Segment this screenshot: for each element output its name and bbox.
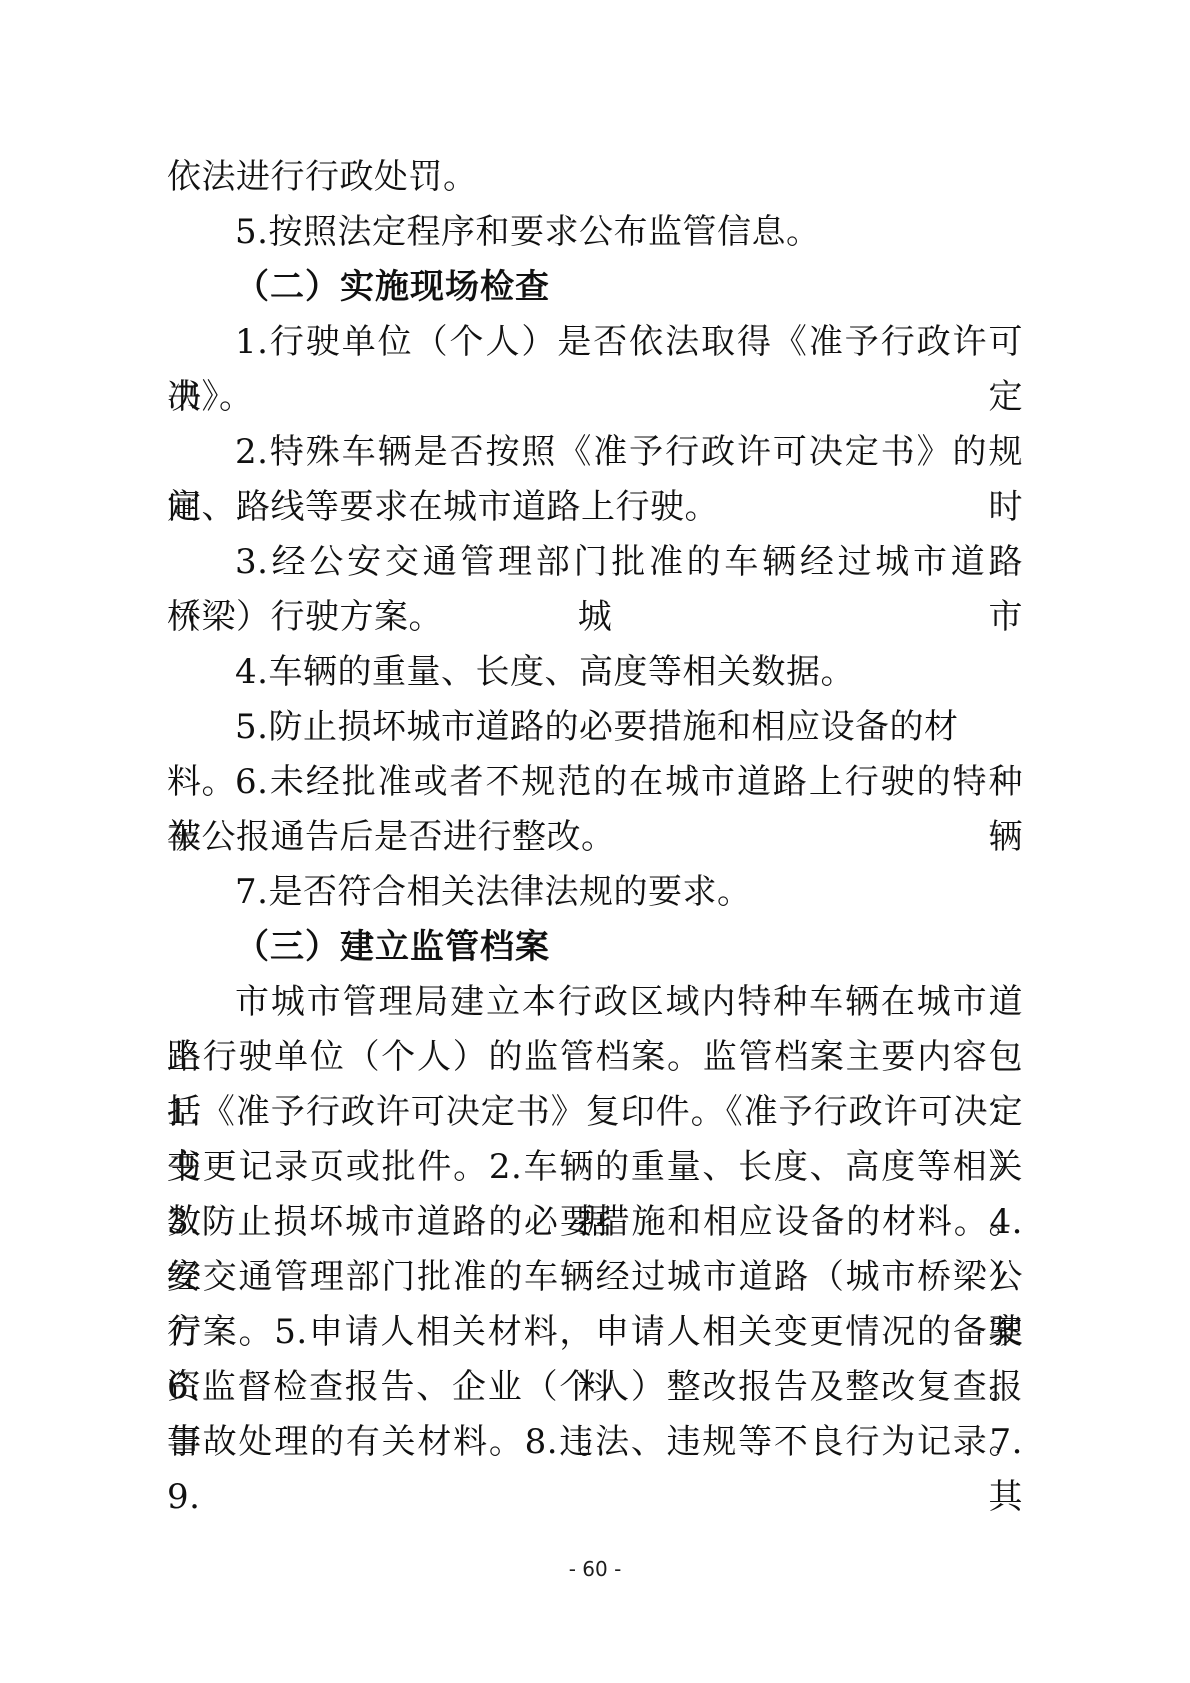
page-number: - 60 - [0,1557,1190,1581]
text-line: 上行驶单位（个人）的监管档案。监管档案主要内容包括： [167,1030,1023,1085]
document-body: 依法进行行政处罚。5.按照法定程序和要求公布监管信息。（二）实施现场检查1.行驶… [167,150,1023,1470]
text-line: 方案。5.申请人相关材料，申请人相关变更情况的备案资料。 [167,1305,1023,1360]
text-line: 事故处理的有关材料。8.违法、违规等不良行为记录。9.其 [167,1415,1023,1470]
document-page: 依法进行行政处罚。5.按照法定程序和要求公布监管信息。（二）实施现场检查1.行驶… [0,0,1190,1683]
section-heading: （三）建立监管档案 [167,920,1023,975]
text-line: 5.防止损坏城市道路的必要措施和相应设备的材料。 [167,700,1023,755]
section-heading: （二）实施现场检查 [167,260,1023,315]
text-line: 3.经公安交通管理部门批准的车辆经过城市道路（城市 [167,535,1023,590]
text-line: 3.防止损坏城市道路的必要措施和相应设备的材料。4.经公 [167,1195,1023,1250]
text-line: 6.监督检查报告、企业（个人）整改报告及整改复查报告。7. [167,1360,1023,1415]
text-line: 变更记录页或批件。2.车辆的重量、长度、高度等相关数据。 [167,1140,1023,1195]
text-line: 1.行驶单位（个人）是否依法取得《准予行政许可决定 [167,315,1023,370]
text-line: 6.未经批准或者不规范的在城市道路上行驶的特种车辆 [167,755,1023,810]
text-line: 2.特殊车辆是否按照《准予行政许可决定书》的规定时 [167,425,1023,480]
text-line: 安交通管理部门批准的车辆经过城市道路（城市桥梁）行驶 [167,1250,1023,1305]
text-line: 5.按照法定程序和要求公布监管信息。 [167,205,1023,260]
text-line: 4.车辆的重量、长度、高度等相关数据。 [167,645,1023,700]
text-line: 1.《准予行政许可决定书》复印件。《准予行政许可决定书》 [167,1085,1023,1140]
text-line: 市城市管理局建立本行政区域内特种车辆在城市道路 [167,975,1023,1030]
text-line: 依法进行行政处罚。 [167,150,1023,205]
text-line: 7.是否符合相关法律法规的要求。 [167,865,1023,920]
